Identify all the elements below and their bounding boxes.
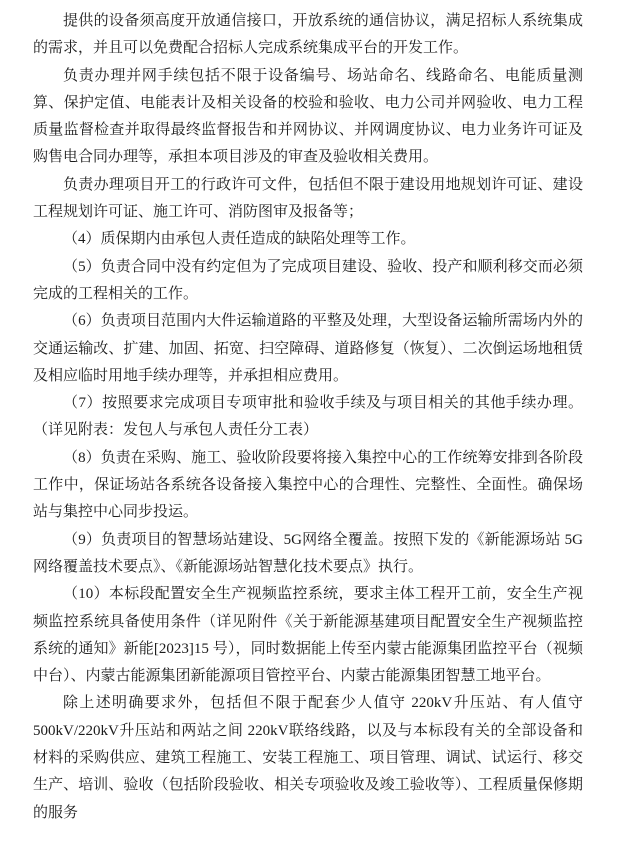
clause-4-defect-handling: （4）质保期内由承包人责任造成的缺陷处理等工作。 <box>33 226 583 253</box>
document-page: 提供的设备须高度开放通信接口，开放系统的通信协议，满足招标人系统集成的需求，并且… <box>0 0 635 843</box>
clause-5-unspecified-works: （5）负责合同中没有约定但为了完成项目建设、验收、投产和顺利移交而必须完成的工程… <box>33 254 583 309</box>
clause-6-transport-roads: （6）负责项目范围内大件运输道路的平整及处理，大型设备运输所需场内外的交通运输改… <box>33 308 583 390</box>
clause-8-control-center-access: （8）负责在采购、施工、验收阶段要将接入集控中心的工作统筹安排到各阶段工作中，保… <box>33 445 583 527</box>
document-body: 提供的设备须高度开放通信接口，开放系统的通信协议，满足招标人系统集成的需求，并且… <box>33 8 583 827</box>
clause-10-video-surveillance: （10）本标段配置安全生产视频监控系统，要求主体工程开工前，安全生产视频监控系统… <box>33 581 583 690</box>
paragraph-grid-connection-procedures: 负责办理并网手续包括不限于设备编号、场站命名、线路命名、电能质量测算、保护定值、… <box>33 63 583 172</box>
paragraph-scope-summary: 除上述明确要求外，包括但不限于配套少人值守 220kV升压站、有人值守 500k… <box>33 690 583 826</box>
paragraph-equipment-open-interface: 提供的设备须高度开放通信接口，开放系统的通信协议，满足招标人系统集成的需求，并且… <box>33 8 583 63</box>
clause-9-smart-station-5g: （9）负责项目的智慧场站建设、5G网络全覆盖。按照下发的《新能源场站 5G网络覆… <box>33 527 583 582</box>
paragraph-construction-permits: 负责办理项目开工的行政许可文件，包括但不限于建设用地规划许可证、建设工程规划许可… <box>33 172 583 227</box>
clause-7-special-approvals: （7）按照要求完成项目专项审批和验收手续及与项目相关的其他手续办理。（详见附表：… <box>33 390 583 445</box>
